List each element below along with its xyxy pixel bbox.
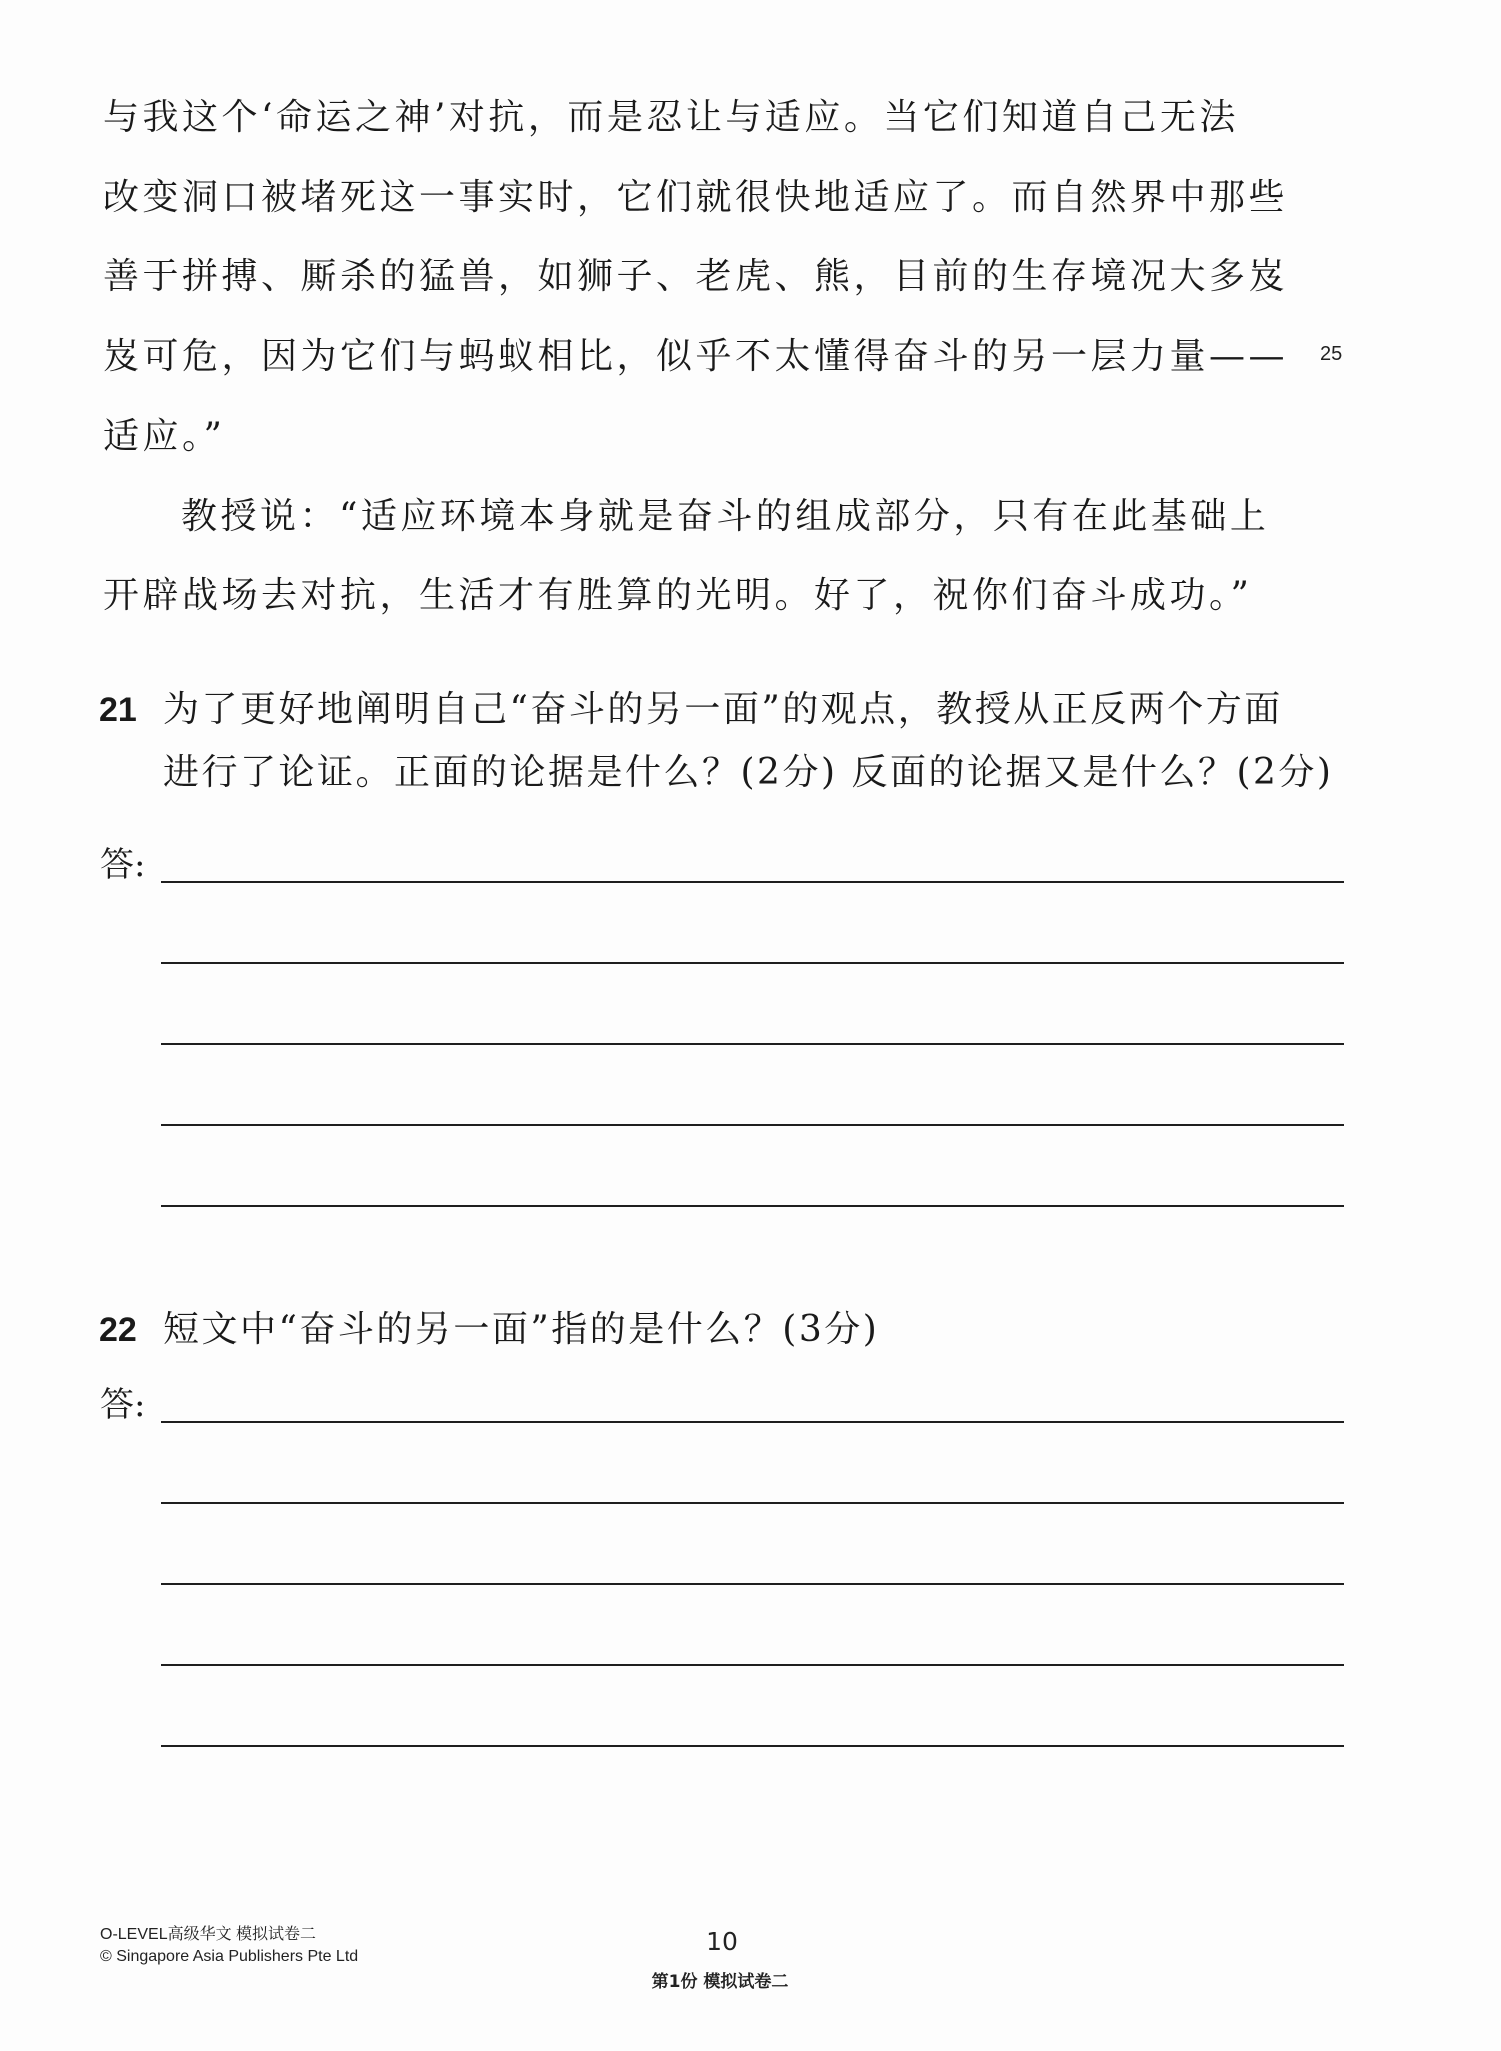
section-label: 第1份 模拟试卷二	[600, 1971, 840, 1993]
answer-label: 答:	[100, 1385, 145, 1425]
footer-publisher-info: O-LEVEL高级华文 模拟试卷二 © Singapore Asia Publi…	[100, 1924, 358, 1968]
answer-line[interactable]	[161, 881, 1344, 883]
answer-line[interactable]	[161, 1124, 1344, 1126]
passage-line: 适应。”	[103, 417, 225, 457]
question-text-line: 为了更好地阐明自己“奋斗的另一面”的观点，教授从正反两个方面	[163, 690, 1283, 730]
answer-line[interactable]	[161, 962, 1344, 964]
copyright-notice: © Singapore Asia Publishers Pte Ltd	[100, 1946, 358, 1968]
exam-page: 与我这个‘命运之神’对抗，而是忍让与适应。当它们知道自己无法 改变洞口被堵死这一…	[0, 0, 1501, 2051]
passage-line: 善于拼搏、厮杀的猛兽，如狮子、老虎、熊，目前的生存境况大多岌	[103, 257, 1288, 297]
passage-line: 与我这个‘命运之神’对抗，而是忍让与适应。当它们知道自己无法	[103, 98, 1239, 138]
answer-line[interactable]	[161, 1664, 1344, 1666]
question-number: 22	[99, 1310, 137, 1350]
question-text-line: 短文中“奋斗的另一面”指的是什么？(3分)	[163, 1310, 879, 1350]
question-number: 21	[99, 690, 137, 730]
passage-line: 开辟战场去对抗，生活才有胜算的光明。好了，祝你们奋斗成功。”	[103, 576, 1252, 616]
answer-line[interactable]	[161, 1043, 1344, 1045]
passage-line: 岌可危，因为它们与蚂蚁相比，似乎不太懂得奋斗的另一层力量——	[103, 337, 1288, 377]
answer-line[interactable]	[161, 1583, 1344, 1585]
answer-line[interactable]	[161, 1502, 1344, 1504]
question-text-line: 进行了论证。正面的论据是什么？(2分) 反面的论据又是什么？(2分)	[163, 753, 1333, 793]
answer-line[interactable]	[161, 1421, 1344, 1423]
answer-line[interactable]	[161, 1205, 1344, 1207]
page-number: 10	[660, 1928, 784, 1956]
passage-line: 改变洞口被堵死这一事实时，它们就很快地适应了。而自然界中那些	[103, 178, 1288, 218]
passage-line: 教授说：“适应环境本身就是奋斗的组成部分，只有在此基础上	[181, 497, 1269, 537]
answer-line[interactable]	[161, 1745, 1344, 1747]
book-title: O-LEVEL高级华文 模拟试卷二	[100, 1924, 358, 1946]
line-number-marker: 25	[1320, 343, 1342, 366]
answer-label: 答:	[100, 845, 145, 885]
